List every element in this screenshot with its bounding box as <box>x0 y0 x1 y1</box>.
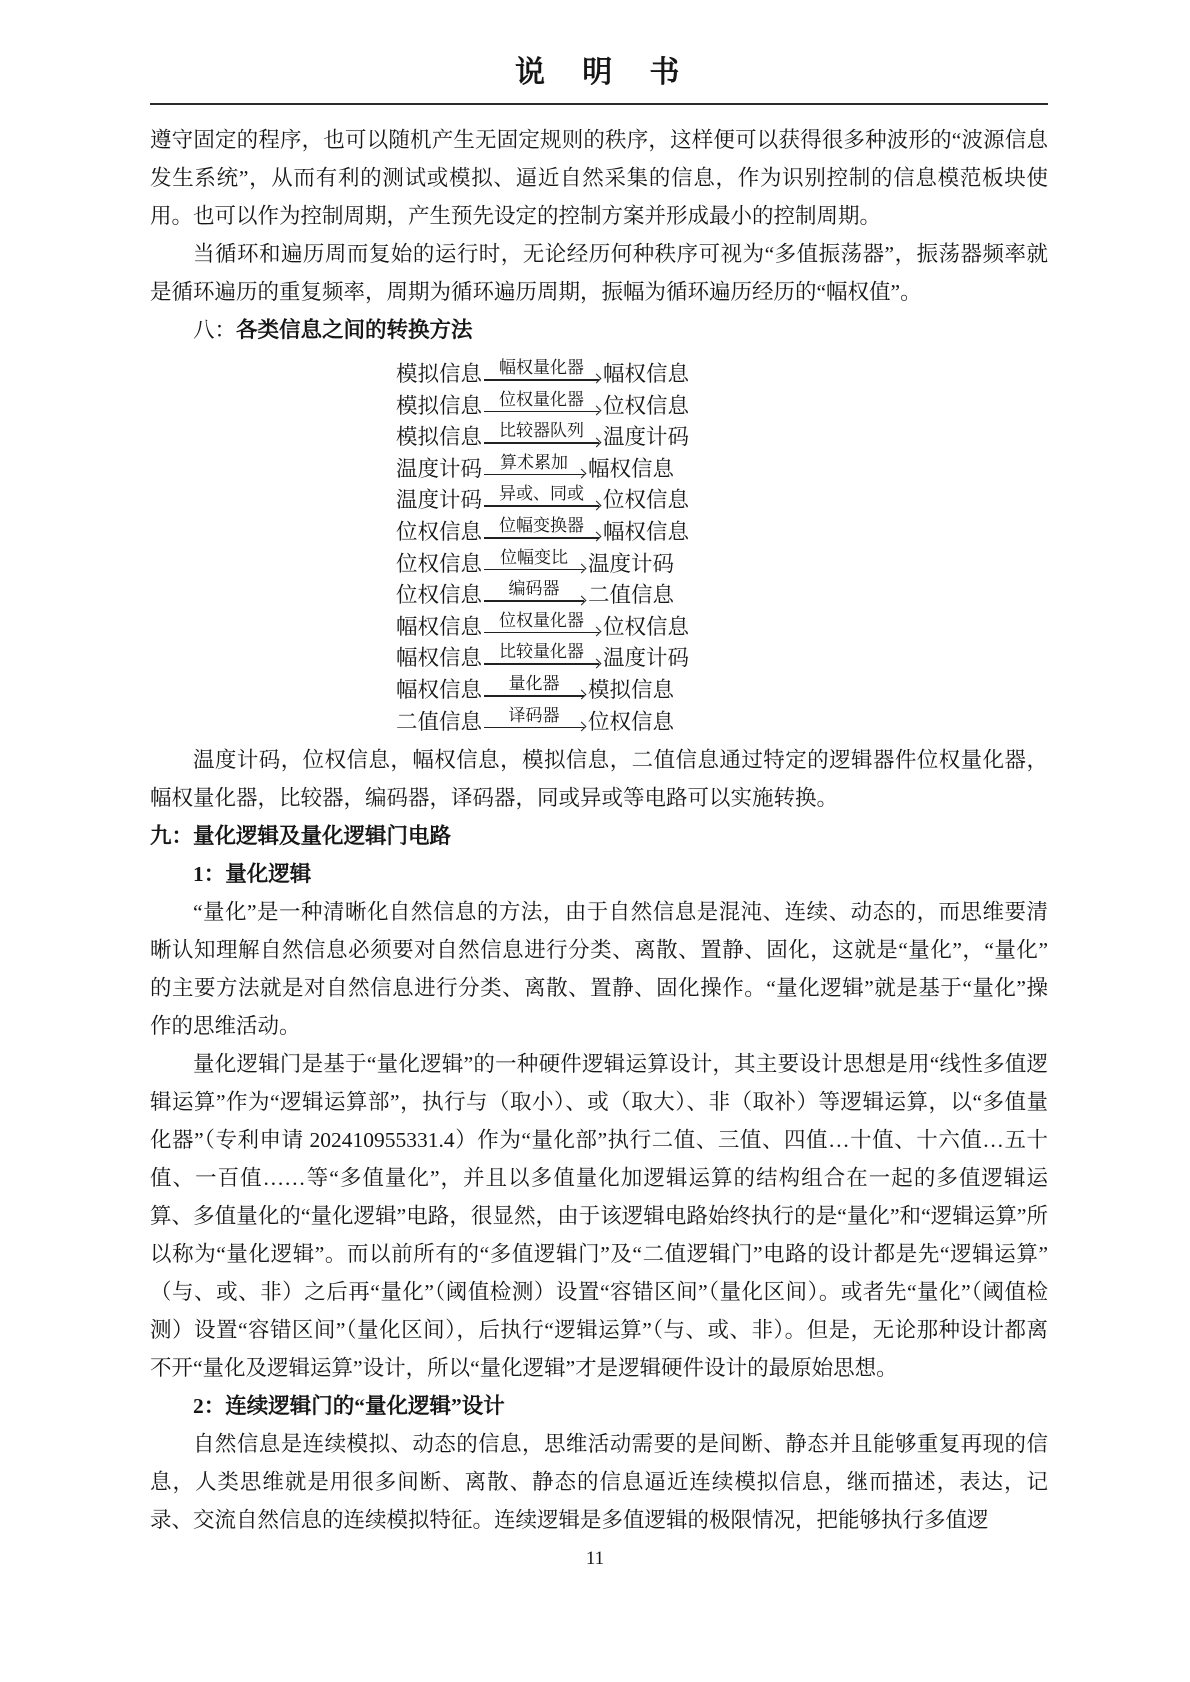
conversion-source: 位权信息 <box>396 553 482 576</box>
conversion-source: 温度计码 <box>396 458 482 481</box>
document-body: 遵守固定的程序，也可以随机产生无固定规则的秩序，这样便可以获得很多种波形的“波源… <box>150 121 1048 1539</box>
arrow-line <box>484 379 599 381</box>
labeled-arrow-right-icon: 比较量化器 <box>484 643 599 665</box>
page-title: 说 明 书 <box>150 56 1048 91</box>
conversion-device-label: 幅权量化器 <box>484 359 599 379</box>
conversion-device-label: 位幅变换器 <box>484 517 599 537</box>
section-number: 九： <box>150 824 193 848</box>
conversion-source: 模拟信息 <box>396 426 482 449</box>
conversion-diagram: 模拟信息 幅权量化器 幅权信息 模拟信息 位权量化器 位权信息 模拟信息 比较器… <box>396 359 689 733</box>
conversion-row: 位权信息 编码器 二值信息 <box>396 580 689 607</box>
conversion-source: 模拟信息 <box>396 363 482 386</box>
conversion-device-label: 位权量化器 <box>484 391 599 411</box>
labeled-arrow-right-icon: 量化器 <box>484 675 584 697</box>
conversion-target: 温度计码 <box>588 553 674 576</box>
header-divider <box>150 103 1048 106</box>
conversion-source: 温度计码 <box>396 489 482 512</box>
conversion-device-label: 编码器 <box>494 580 575 600</box>
subsection-title: 2：连续逻辑门的“量化逻辑”设计 <box>193 1394 505 1418</box>
conversion-row: 幅权信息 位权量化器 位权信息 <box>396 612 689 639</box>
conversion-row: 温度计码 算术累加 幅权信息 <box>396 454 689 481</box>
paragraph: 当循环和遍历周而复始的运行时，无论经历何种秩序可视为“多值振荡器”，振荡器频率就… <box>150 235 1048 311</box>
arrow-line <box>484 505 599 507</box>
conversion-row: 位权信息 位幅变比 温度计码 <box>396 549 689 576</box>
labeled-arrow-right-icon: 编码器 <box>484 580 584 602</box>
conversion-row: 幅权信息 量化器 模拟信息 <box>396 675 689 702</box>
conversion-source: 二值信息 <box>396 711 482 734</box>
conversion-device-label: 量化器 <box>494 675 575 695</box>
conversion-device-label: 译码器 <box>494 707 575 727</box>
conversion-device-label: 位幅变比 <box>485 549 583 569</box>
conversion-target: 幅权信息 <box>603 363 689 386</box>
arrow-line <box>484 569 584 571</box>
labeled-arrow-right-icon: 位权量化器 <box>484 612 599 634</box>
conversion-target: 温度计码 <box>603 426 689 449</box>
conversion-row: 模拟信息 比较器队列 温度计码 <box>396 422 689 449</box>
section-number: 八： <box>193 318 236 342</box>
subsection-heading-2: 2：连续逻辑门的“量化逻辑”设计 <box>150 1387 1048 1425</box>
arrow-line <box>484 600 584 602</box>
page-number: 11 <box>0 1548 1190 1570</box>
arrow-line <box>484 474 584 476</box>
conversion-source: 幅权信息 <box>396 647 482 670</box>
section-title: 量化逻辑及量化逻辑门电路 <box>193 824 451 848</box>
conversion-target: 二值信息 <box>588 584 674 607</box>
paragraph: 温度计码，位权信息，幅权信息，模拟信息，二值信息通过特定的逻辑器件位权量化器，幅… <box>150 741 1048 817</box>
labeled-arrow-right-icon: 异或、同或 <box>484 485 599 507</box>
conversion-row: 模拟信息 幅权量化器 幅权信息 <box>396 359 689 386</box>
conversion-target: 位权信息 <box>603 395 689 418</box>
conversion-row: 模拟信息 位权量化器 位权信息 <box>396 391 689 418</box>
section-heading-9: 九：量化逻辑及量化逻辑门电路 <box>150 817 1048 855</box>
conversion-device-label: 异或、同或 <box>484 485 599 505</box>
conversion-row: 二值信息 译码器 位权信息 <box>396 707 689 734</box>
conversion-source: 位权信息 <box>396 521 482 544</box>
section-heading-8: 八：各类信息之间的转换方法 <box>150 311 1048 349</box>
conversion-target: 位权信息 <box>603 616 689 639</box>
conversion-device-label: 算术累加 <box>485 454 583 474</box>
document-header: 说 明 书 <box>150 56 1048 105</box>
arrow-line <box>484 632 599 634</box>
conversion-target: 幅权信息 <box>603 521 689 544</box>
subsection-heading-1: 1：量化逻辑 <box>150 855 1048 893</box>
conversion-target: 温度计码 <box>603 647 689 670</box>
conversion-source: 幅权信息 <box>396 616 482 639</box>
conversion-device-label: 位权量化器 <box>484 612 599 632</box>
labeled-arrow-right-icon: 位幅变换器 <box>484 517 599 539</box>
paragraph-continuation: 遵守固定的程序，也可以随机产生无固定规则的秩序，这样便可以获得很多种波形的“波源… <box>150 121 1048 235</box>
conversion-row: 幅权信息 比较量化器 温度计码 <box>396 643 689 670</box>
labeled-arrow-right-icon: 算术累加 <box>484 454 584 476</box>
arrow-line <box>484 442 599 444</box>
conversion-source: 位权信息 <box>396 584 482 607</box>
conversion-device-label: 比较器队列 <box>484 422 599 442</box>
paragraph: “量化”是一种清晰化自然信息的方法，由于自然信息是混沌、连续、动态的，而思维要清… <box>150 893 1048 1045</box>
conversion-target: 幅权信息 <box>588 458 674 481</box>
conversion-row: 位权信息 位幅变换器 幅权信息 <box>396 517 689 544</box>
paragraph: 自然信息是连续模拟、动态的信息，思维活动需要的是间断、静态并且能够重复再现的信息… <box>150 1425 1048 1539</box>
conversion-device-label: 比较量化器 <box>484 643 599 663</box>
subsection-title: 1：量化逻辑 <box>193 862 311 886</box>
conversion-target: 模拟信息 <box>588 679 674 702</box>
conversion-target: 位权信息 <box>588 711 674 734</box>
conversion-source: 幅权信息 <box>396 679 482 702</box>
conversion-row: 温度计码 异或、同或 位权信息 <box>396 485 689 512</box>
arrow-line <box>484 695 584 697</box>
paragraph: 量化逻辑门是基于“量化逻辑”的一种硬件逻辑运算设计，其主要设计思想是用“线性多值… <box>150 1045 1048 1387</box>
arrow-line <box>484 537 599 539</box>
labeled-arrow-right-icon: 译码器 <box>484 707 584 729</box>
document-page: 说 明 书 遵守固定的程序，也可以随机产生无固定规则的秩序，这样便可以获得很多种… <box>0 0 1190 1682</box>
section-title: 各类信息之间的转换方法 <box>236 318 473 342</box>
labeled-arrow-right-icon: 比较器队列 <box>484 422 599 444</box>
arrow-line <box>484 727 584 729</box>
arrow-line <box>484 663 599 665</box>
labeled-arrow-right-icon: 位权量化器 <box>484 391 599 413</box>
conversion-source: 模拟信息 <box>396 395 482 418</box>
conversion-target: 位权信息 <box>603 489 689 512</box>
labeled-arrow-right-icon: 位幅变比 <box>484 549 584 571</box>
arrow-line <box>484 411 599 413</box>
labeled-arrow-right-icon: 幅权量化器 <box>484 359 599 381</box>
